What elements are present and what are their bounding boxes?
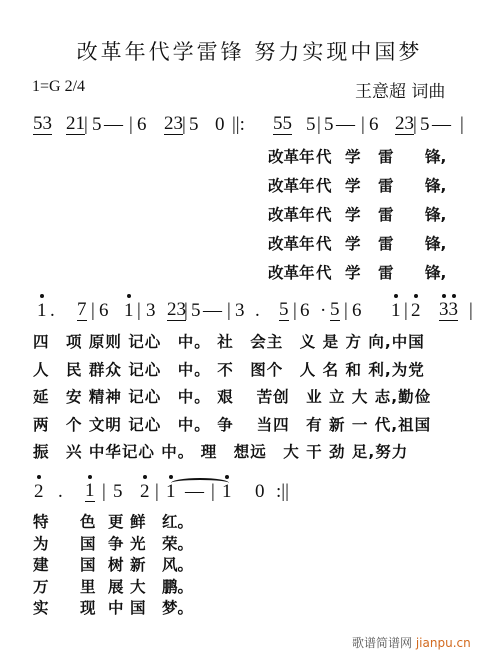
lyric-word: 更 <box>108 510 124 532</box>
note: 3 <box>235 300 245 322</box>
lyric-word: 雷 <box>378 261 394 283</box>
note: 5 <box>330 300 340 321</box>
note: 5 <box>306 114 316 136</box>
lyric-word: 国 <box>130 596 146 618</box>
lyric-line: 延 安 精神 记心 中。 艰 苦创 业 立 大 志,勤俭 <box>33 385 431 407</box>
note: 0 <box>255 481 265 503</box>
lyric-line: 振 兴 中华记心 中。 理 想远 大 干 劲 足,努力 <box>33 440 408 462</box>
note: 6 <box>99 300 109 322</box>
high-octave-dot <box>143 475 147 479</box>
note: | <box>361 114 365 136</box>
lyric-word: 雷 <box>378 232 394 254</box>
tie-slur <box>171 478 229 488</box>
notation-line-1: 5321|5—|623|50||:555|5—|623|5—| <box>0 114 499 140</box>
note: 2 <box>411 300 421 322</box>
lyric-word: 雷 <box>378 203 394 225</box>
note: 1 <box>85 481 95 502</box>
lyric-word: 红。 <box>162 510 193 532</box>
high-octave-dot <box>88 475 92 479</box>
lyric-line: 人 民 群众 记心 中。 不 图个 人 名 和 利,为党 <box>33 358 425 380</box>
watermark-text: 歌谱简谱网 <box>352 636 412 650</box>
lyric-word: 新 <box>130 553 146 575</box>
lyric-word: 雷 <box>378 174 394 196</box>
note: 55 <box>273 114 292 135</box>
lyric-word: 改革年 <box>268 261 315 283</box>
note: 2 <box>140 481 150 503</box>
lyric-word: 鹏。 <box>162 575 193 597</box>
note: 21 <box>66 114 85 135</box>
lyric-word: 鲜 <box>130 510 146 532</box>
note: | <box>344 300 348 322</box>
note: | <box>184 300 188 322</box>
lyric-word: 学 <box>345 174 361 196</box>
note: | <box>469 300 473 322</box>
note: 6 <box>137 114 147 136</box>
lyric-word: 改革年 <box>268 174 315 196</box>
lyric-word: 学 <box>345 232 361 254</box>
lyric-word: 风。 <box>162 553 193 575</box>
lyric-word: 国 <box>80 553 96 575</box>
note: | <box>413 114 417 136</box>
note: 5 <box>191 300 201 322</box>
note: 6 <box>352 300 362 322</box>
note: 1 <box>37 300 47 322</box>
lyric-word: 现 <box>80 596 96 618</box>
note: 5 <box>92 114 102 136</box>
note: . <box>255 300 260 322</box>
lyrics-block-2: 四 项 原则 记心 中。 社 会主 义 是 方 向,中国人 民 群众 记心 中。… <box>0 330 499 470</box>
note: 1 <box>391 300 401 322</box>
high-octave-dot <box>442 294 446 298</box>
note: | <box>129 114 133 136</box>
lyric-word: 学 <box>345 203 361 225</box>
high-octave-dot <box>37 475 41 479</box>
watermark: 歌谱简谱网 jianpu.cn <box>352 634 471 651</box>
note: 23 <box>395 114 414 135</box>
note: 5 <box>279 300 289 321</box>
note: — <box>203 300 222 322</box>
lyric-word: 争 <box>108 532 124 554</box>
lyric-word: 代 <box>316 261 332 283</box>
note: . <box>58 481 63 503</box>
note: 5 <box>324 114 334 136</box>
lyric-word: 锋, <box>425 174 446 196</box>
note: 53 <box>33 114 52 135</box>
lyric-word: 光 <box>130 532 146 554</box>
lyric-word: 特 <box>33 510 49 532</box>
lyric-word: 梦。 <box>162 596 193 618</box>
lyric-word: 大 <box>130 575 146 597</box>
notation-line-2: 1.7|61|323|5—|3.5|6·5|61|233| <box>0 300 499 326</box>
lyric-word: 代 <box>316 203 332 225</box>
note: 1 <box>124 300 134 322</box>
author-credit: 王意超 词曲 <box>355 77 445 102</box>
note: — <box>104 114 123 136</box>
lyrics-block-1: 改革年代学雷锋,改革年代学雷锋,改革年代学雷锋,改革年代学雷锋,改革年代学雷锋, <box>0 145 499 285</box>
lyric-word: 代 <box>316 232 332 254</box>
note: 6 <box>300 300 310 322</box>
high-octave-dot <box>414 294 418 298</box>
note: 7 <box>77 300 87 321</box>
note: 5 <box>420 114 430 136</box>
notation-line-3: 2.1|52|1—|10:|| <box>0 481 499 507</box>
lyric-word: 锋, <box>425 203 446 225</box>
high-octave-dot <box>452 294 456 298</box>
high-octave-dot <box>169 475 173 479</box>
lyric-word: 代 <box>316 145 332 167</box>
lyric-word: 雷 <box>378 145 394 167</box>
lyric-word: 锋, <box>425 232 446 254</box>
high-octave-dot <box>225 475 229 479</box>
note: :|| <box>276 481 289 503</box>
note: 6 <box>369 114 379 136</box>
note: | <box>182 114 186 136</box>
high-octave-dot <box>394 294 398 298</box>
lyric-word: 国 <box>80 532 96 554</box>
lyric-word: 展 <box>108 575 124 597</box>
lyric-word: 为 <box>33 532 49 554</box>
lyric-line: 四 项 原则 记心 中。 社 会主 义 是 方 向,中国 <box>33 330 425 352</box>
lyric-word: 代 <box>316 174 332 196</box>
lyric-word: 锋, <box>425 261 446 283</box>
lyric-word: 改革年 <box>268 203 315 225</box>
note: 5 <box>189 114 199 136</box>
note: | <box>102 481 106 503</box>
note: | <box>460 114 464 136</box>
lyric-word: 学 <box>345 145 361 167</box>
note: | <box>137 300 141 322</box>
song-title: 改革年代学雷锋 努力实现中国梦 <box>0 36 499 66</box>
lyric-word: 实 <box>33 596 49 618</box>
note: ||: <box>232 114 245 136</box>
note: 33 <box>439 300 458 321</box>
note: — <box>432 114 451 136</box>
note: 2 <box>34 481 44 503</box>
lyric-word: 中 <box>108 596 124 618</box>
lyric-word: 锋, <box>425 145 446 167</box>
note: 5 <box>113 481 123 503</box>
lyrics-block-3: 特色更鲜红。为国争光荣。建国树新风。万里展大鹏。实现中国梦。 <box>0 510 499 620</box>
note: 3 <box>146 300 156 322</box>
note: — <box>336 114 355 136</box>
lyric-word: 色 <box>80 510 96 532</box>
note: . <box>50 300 55 322</box>
note: | <box>84 114 88 136</box>
lyric-word: 学 <box>345 261 361 283</box>
note: | <box>404 300 408 322</box>
note: | <box>155 481 159 503</box>
key-signature: 1=G 2/4 <box>32 78 85 96</box>
high-octave-dot <box>40 294 44 298</box>
note: | <box>317 114 321 136</box>
note: | <box>227 300 231 322</box>
lyric-word: 建 <box>33 553 49 575</box>
note: | <box>293 300 297 322</box>
lyric-word: 万 <box>33 575 49 597</box>
note: 23 <box>164 114 183 135</box>
watermark-site: jianpu.cn <box>416 636 471 650</box>
high-octave-dot <box>127 294 131 298</box>
lyric-word: 里 <box>80 575 96 597</box>
lyric-word: 改革年 <box>268 232 315 254</box>
note: · <box>320 300 326 322</box>
note: | <box>91 300 95 322</box>
lyric-word: 树 <box>108 553 124 575</box>
lyric-word: 荣。 <box>162 532 193 554</box>
lyric-word: 改革年 <box>268 145 315 167</box>
lyric-line: 两 个 文明 记心 中。 争 当四 有 新 一 代,祖国 <box>33 413 431 435</box>
note: 0 <box>215 114 225 136</box>
